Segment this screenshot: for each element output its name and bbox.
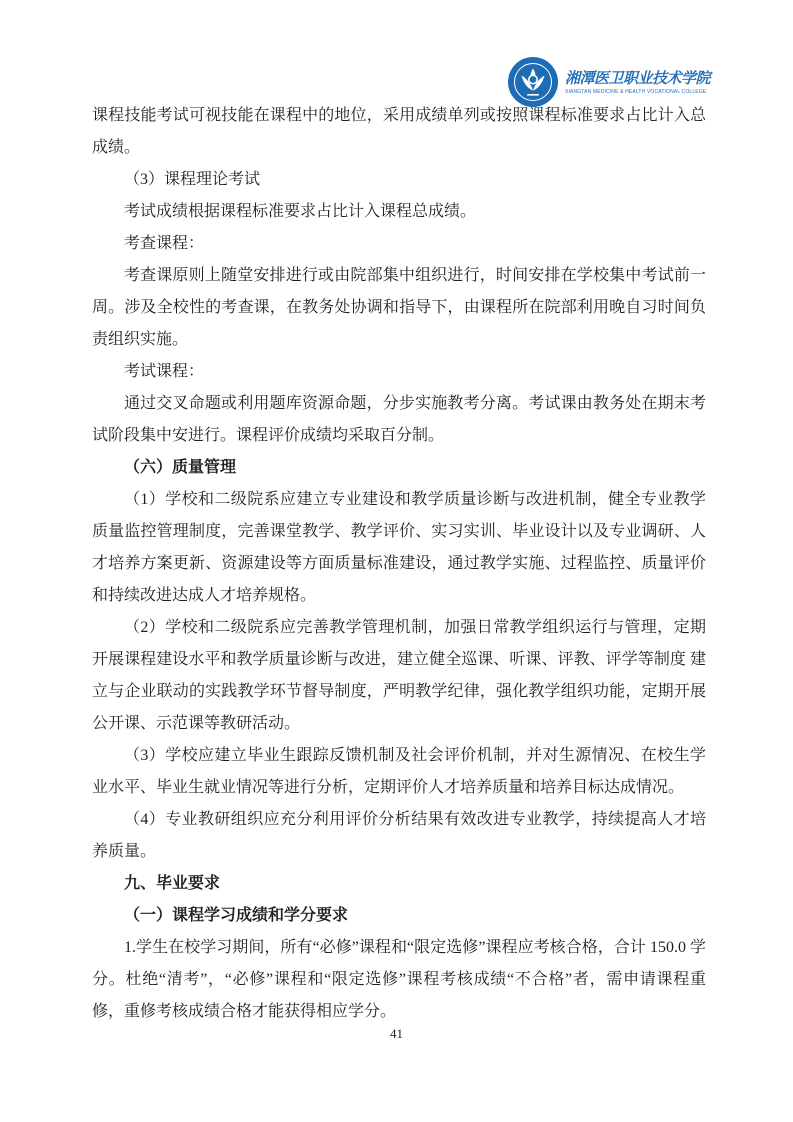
document-page: 湘潭医卫职业技术学院 XIANGTAN MEDICINE & HEALTH VO… bbox=[0, 0, 793, 1122]
college-brand: 湘潭医卫职业技术学院 XIANGTAN MEDICINE & HEALTH VO… bbox=[565, 69, 710, 96]
subheading-course-theory-exam: （3）课程理论考试 bbox=[92, 164, 706, 196]
heading-quality-management: （六）质量管理 bbox=[92, 452, 706, 484]
paragraph: （4）专业教研组织应充分利用评价分析结果有效改进专业教学，持续提高人才培养质量。 bbox=[92, 804, 706, 868]
paragraph: （1）学校和二级院系应建立专业建设和教学质量诊断与改进机制，健全专业教学质量监控… bbox=[92, 484, 706, 612]
document-body: 课程技能考试可视技能在课程中的地位，采用成绩单列或按照课程标准要求占比计入总成绩… bbox=[92, 100, 706, 1028]
paragraph: 考试成绩根据课程标准要求占比计入课程总成绩。 bbox=[92, 196, 706, 228]
heading-graduation-requirements: 九、毕业要求 bbox=[92, 868, 706, 900]
college-name-zh: 湘潭医卫职业技术学院 bbox=[565, 69, 710, 89]
label-assessed-courses: 考查课程： bbox=[92, 228, 706, 260]
paragraph: 通过交叉命题或利用题库资源命题，分步实施教考分离。考试课由教务处在期末考试阶段集… bbox=[92, 388, 706, 452]
paragraph-continuation: 课程技能考试可视技能在课程中的地位，采用成绩单列或按照课程标准要求占比计入总成绩… bbox=[92, 100, 706, 164]
college-name-en: XIANGTAN MEDICINE & HEALTH VOCATIONAL CO… bbox=[565, 89, 710, 96]
paragraph: （3）学校应建立毕业生跟踪反馈机制及社会评价机制，并对生源情况、在校生学业水平、… bbox=[92, 740, 706, 804]
paragraph: 考查课原则上随堂安排进行或由院部集中组织进行，时间安排在学校集中考试前一周。涉及… bbox=[92, 260, 706, 356]
label-exam-courses: 考试课程： bbox=[92, 356, 706, 388]
paragraph: 1.学生在校学习期间，所有“必修”课程和“限定选修”课程应考核合格，合计 150… bbox=[92, 932, 706, 1028]
paragraph: （2）学校和二级院系应完善教学管理机制，加强日常教学组织运行与管理，定期开展课程… bbox=[92, 612, 706, 740]
page-number: 41 bbox=[0, 1026, 793, 1042]
heading-credit-requirements: （一）课程学习成绩和学分要求 bbox=[92, 900, 706, 932]
